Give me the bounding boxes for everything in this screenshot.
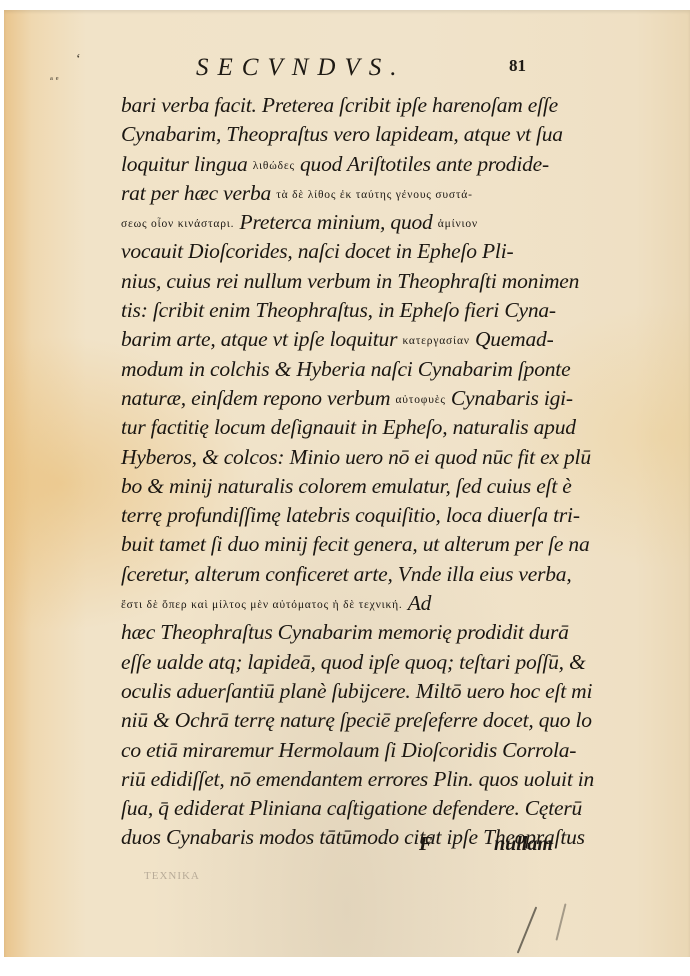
latin-text: co etiā miraremur Hermolaum ſi Dioſcorid…	[121, 738, 576, 762]
text-line: Cynabarim, Theopraſtus vero lapideam, at…	[121, 120, 601, 149]
text-line: hæc Theophraſtus Cynabarim memorię prodi…	[121, 618, 601, 647]
text-line: nius, cuius rei nullum verbum in Theophr…	[121, 267, 601, 296]
greek-phrase: σεως οἷον κινάσταρι.	[121, 218, 234, 230]
text-line: barim arte, atque vt ipſe loquitur κατερ…	[121, 325, 601, 354]
text-line: vocauit Dioſcorides, naſci docet in Ephe…	[121, 237, 601, 266]
greek-phrase: τὰ δὲ λίθος ἐκ ταύτης γένους συστά-	[276, 189, 472, 201]
body-text: bari verba facit. Preterea ſcribit ipſe …	[121, 91, 601, 853]
text-line: co etiā miraremur Hermolaum ſi Dioſcorid…	[121, 736, 601, 765]
latin-text: riū edidiſſet, nō emendantem errores Pli…	[121, 767, 594, 791]
greek-phrase: αὐτοφυὲς	[395, 394, 445, 406]
latin-text: eſſe ualde atq; lapideā, quod ipſe quoq;…	[121, 650, 586, 674]
latin-text: Cynabarim, Theopraſtus vero lapideam, at…	[121, 122, 563, 146]
latin-text: Preterca minium, quod	[234, 210, 437, 234]
text-line: loquitur lingua λιθώδες quod Ariſtotiles…	[121, 150, 601, 179]
greek-phrase: ἔστι δὲ ὅπερ καὶ μίλτος μὲν αὐτόματος ἡ …	[121, 599, 403, 611]
latin-text: naturæ, einſdem repono verbum	[121, 386, 395, 410]
latin-text: Cynabaris igi-	[446, 386, 573, 410]
latin-text: hæc Theophraſtus Cynabarim memorię prodi…	[121, 620, 569, 644]
text-line: eſſe ualde atq; lapideā, quod ipſe quoq;…	[121, 648, 601, 677]
text-line: tur factitię locum deſignauit in Epheſo,…	[121, 413, 601, 442]
greek-phrase: λιθώδες	[253, 160, 295, 172]
latin-text: bari verba facit. Preterea ſcribit ipſe …	[121, 93, 558, 117]
latin-text: barim arte, atque vt ipſe loquitur	[121, 327, 402, 351]
ink-stroke	[517, 906, 538, 953]
latin-text: tur factitię locum deſignauit in Epheſo,…	[121, 415, 576, 439]
latin-text: niū & Ochrā terrę naturę ſpeciē preſefer…	[121, 708, 592, 732]
show-through-text: ΤΕΧΝΙΚΑ	[144, 870, 200, 882]
greek-phrase: κατεργασίαν	[402, 335, 469, 347]
latin-text: quod Ariſtotiles ante prodide-	[295, 152, 549, 176]
text-line: riū edidiſſet, nō emendantem errores Pli…	[121, 765, 601, 794]
page-number: 81	[509, 56, 526, 76]
latin-text: Ad	[403, 591, 432, 615]
latin-text: oculis aduerſantiū planè ſubijcere. Milt…	[121, 679, 592, 703]
text-line: ſua, q̄ ediderat Pliniana caſtigatione d…	[121, 794, 601, 823]
latin-text: loquitur lingua	[121, 152, 253, 176]
latin-text: tis: ſcribit enim Theophraſtus, in Epheſ…	[121, 298, 556, 322]
text-line: modum in colchis & Hyberia naſci Cynabar…	[121, 355, 601, 384]
text-line: naturæ, einſdem repono verbum αὐτοφυὲς C…	[121, 384, 601, 413]
latin-text: ſceretur, alterum conficeret arte, Vnde …	[121, 562, 572, 586]
text-line: Hyberos, & colcos: Minio uero nō ei quod…	[121, 443, 601, 472]
signature-mark: F	[419, 833, 432, 863]
latin-text: vocauit Dioſcorides, naſci docet in Ephe…	[121, 239, 513, 263]
text-line: ſceretur, alterum conficeret arte, Vnde …	[121, 560, 601, 589]
latin-text: buit tamet ſi duo minij fecit genera, ut…	[121, 532, 590, 556]
catchword: nullam	[494, 833, 553, 863]
margin-ink-mark: ‘	[76, 52, 81, 68]
latin-text: terrę profundiſſimę latebris coquiſitio,…	[121, 503, 580, 527]
text-line: rat per hæc verba τὰ δὲ λίθος ἐκ ταύτης …	[121, 179, 601, 208]
margin-ink-mark: ᵃ ᵉ	[50, 74, 59, 86]
greek-phrase: ἀμίνιον	[438, 218, 478, 230]
ink-stroke	[555, 903, 566, 940]
latin-text: Hyberos, & colcos: Minio uero nō ei quod…	[121, 445, 591, 469]
latin-text: rat per hæc verba	[121, 181, 276, 205]
book-page: ‘ ᵃ ᵉ SECVNDVS. 81 bari verba facit. Pre…	[4, 10, 690, 957]
text-line: bari verba facit. Preterea ſcribit ipſe …	[121, 91, 601, 120]
text-line: bo & minij naturalis colorem emulatur, ſ…	[121, 472, 601, 501]
latin-text: nius, cuius rei nullum verbum in Theophr…	[121, 269, 579, 293]
text-line: niū & Ochrā terrę naturę ſpeciē preſefer…	[121, 706, 601, 735]
text-line: buit tamet ſi duo minij fecit genera, ut…	[121, 530, 601, 559]
text-line: oculis aduerſantiū planè ſubijcere. Milt…	[121, 677, 601, 706]
text-line: ἔστι δὲ ὅπερ καὶ μίλτος μὲν αὐτόματος ἡ …	[121, 589, 601, 618]
running-head: SECVNDVS.	[196, 54, 516, 90]
text-line: tis: ſcribit enim Theophraſtus, in Epheſ…	[121, 296, 601, 325]
latin-text: bo & minij naturalis colorem emulatur, ſ…	[121, 474, 572, 498]
text-line: σεως οἷον κινάσταρι. Preterca minium, qu…	[121, 208, 601, 237]
latin-text: modum in colchis & Hyberia naſci Cynabar…	[121, 357, 570, 381]
latin-text: ſua, q̄ ediderat Pliniana caſtigatione d…	[121, 796, 582, 820]
text-line: terrę profundiſſimę latebris coquiſitio,…	[121, 501, 601, 530]
latin-text: Quemad-	[470, 327, 554, 351]
